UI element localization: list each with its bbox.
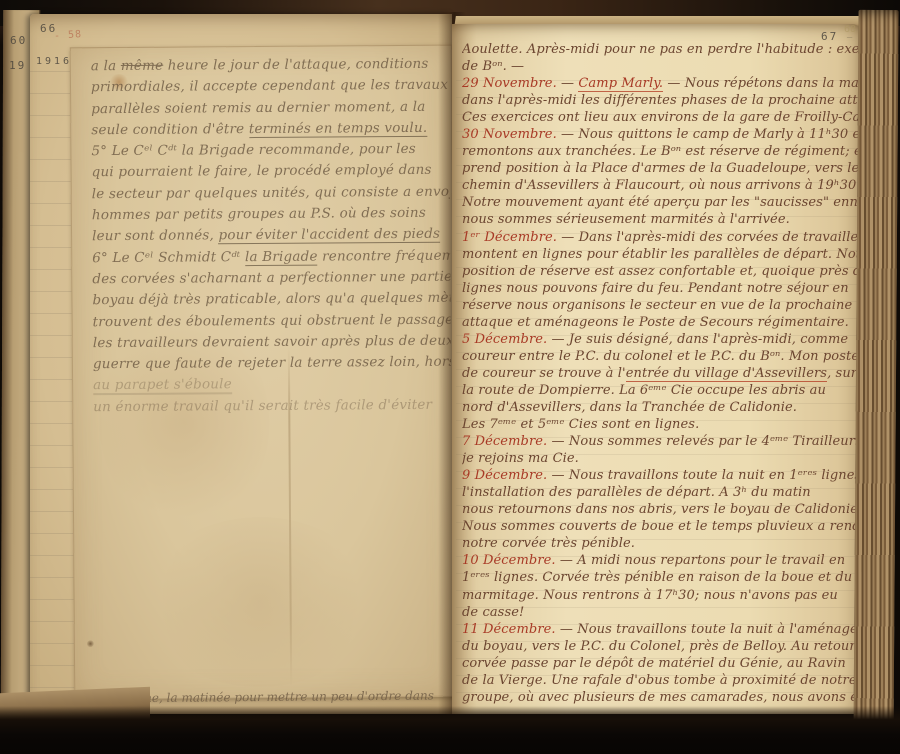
handwriting-line: de casse!	[462, 605, 858, 622]
handwriting-line: nous retournons dans nos abris, vers le …	[462, 502, 858, 519]
right-page-lines: Aoulette. Après-midi pour ne pas en perd…	[462, 42, 858, 707]
handwriting-line: 9 Décembre. — Nous travaillons toute la …	[462, 468, 858, 485]
handwriting-line: coureur entre le P.C. du colonel et le P…	[462, 349, 858, 366]
handwriting-line: 10 Décembre. — A midi nous repartons pou…	[462, 553, 858, 570]
handwriting-line: prend position à la Place d'armes de la …	[462, 161, 858, 178]
handwriting-line: qui pourraient le faire, le procédé empl…	[92, 162, 450, 186]
handwriting-line: montent en lignes pour établir les paral…	[462, 247, 858, 264]
handwriting-line: 5 Décembre. — Je suis désigné, dans l'ap…	[462, 332, 858, 349]
handwriting-line: remontons aux tranchées. Le Bᵒⁿ est rése…	[462, 144, 858, 161]
handwriting-line: 7 Décembre. — Nous sommes relevés par le…	[462, 434, 858, 451]
handwriting-line: leur sont donnés, pour éviter l'accident…	[92, 226, 450, 250]
handwriting-line: le secteur par quelques unités, qui cons…	[92, 183, 450, 207]
paper-stain	[144, 516, 375, 688]
handwriting-line: la route de Dompierre. La 6ᵉᵐᵉ Cie occup…	[462, 383, 858, 400]
handwriting-line: je rejoins ma Cie.	[462, 451, 858, 468]
handwriting-line: parallèles soient remis au dernier momen…	[91, 98, 449, 122]
back-page-year-stamp: 19	[9, 59, 26, 72]
handwriting-line: boyau déjà très praticable, alors qu'a q…	[92, 290, 450, 314]
book-bottom-edge	[0, 706, 900, 754]
handwriting-line: lignes nous pouvons faire du feu. Pendan…	[462, 281, 858, 298]
left-page: 66 - 58 1916 a la même heure le jour de …	[30, 14, 452, 714]
handwriting-line: nord d'Assevillers, dans la Tranchée de …	[462, 400, 858, 417]
handwriting-line: 6° Le Cᵉˡ Schmidt Cᵈᵗ la Brigade rencont…	[92, 247, 450, 271]
handwriting-line: au parapet s'éboule	[93, 375, 451, 399]
page-edge-stack	[853, 10, 898, 742]
handwriting-line: groupe, où avec plusieurs de mes camarad…	[462, 690, 858, 707]
handwriting-line: un énorme travail qu'il serait très faci…	[93, 396, 451, 420]
glued-note-paper: a la même heure le jour de l'attaque, co…	[70, 45, 457, 700]
handwriting-line: dans l'après-midi les différentes phases…	[462, 93, 858, 110]
handwriting-line: 5° Le Cᵉˡ Cᵈᵗ la Brigade recommande, pou…	[91, 141, 449, 165]
handwriting-line: les travailleurs devraient savoir après …	[93, 333, 451, 357]
left-note-lines: a la même heure le jour de l'attaque, co…	[91, 56, 452, 421]
handwriting-line: de Bᵒⁿ. —	[462, 59, 858, 76]
handwriting-line: nous sommes sérieusement marmités à l'ar…	[462, 212, 858, 229]
handwriting-line: hommes par petits groupes au P.S. où des…	[92, 205, 450, 229]
handwriting-line: Ces exercices ont lieu aux environs de l…	[462, 110, 858, 127]
handwriting-line: marmitage. Nous rentrons à 17ʰ30; nous n…	[462, 588, 858, 605]
handwriting-line: 1ᵉʳᵉˢ lignes. Corvée très pénible en rai…	[462, 570, 858, 587]
handwriting-line: chemin d'Assevillers à Flaucourt, où nou…	[462, 178, 858, 195]
handwriting-line: Notre mouvement ayant été aperçu par les…	[462, 195, 858, 212]
handwriting-line: primordiales, il accepte cependant que l…	[91, 77, 449, 101]
handwriting-line: trouvent des éboulements qui obstruent l…	[93, 311, 451, 335]
handwriting-line: l'installation des parallèles de départ.…	[462, 485, 858, 502]
handwriting-line: Les 7ᵉᵐᵉ et 5ᵉᵐᵉ Cies sont en lignes.	[462, 417, 858, 434]
handwriting-line: 1ᵉʳ Décembre. — Dans l'après-midi des co…	[462, 230, 858, 247]
handwriting-line: des corvées s'acharnant a perfectionner …	[92, 269, 450, 293]
diary-scan: 60 19 66 - 58 1916 a la même heure le jo…	[0, 0, 900, 754]
handwriting-line: 30 Novembre. — Nous quittons le camp de …	[462, 127, 858, 144]
handwriting-line: position de réserve est assez confortabl…	[462, 264, 858, 281]
handwriting-line: corvée passe par le dépôt de matériel du…	[462, 656, 858, 673]
handwriting-line: a la même heure le jour de l'attaque, co…	[91, 56, 449, 80]
handwriting-line: du boyau, vers le P.C. du Colonel, près …	[462, 639, 858, 656]
handwriting-line: de coureur se trouve à l'entrée du villa…	[462, 366, 858, 383]
handwriting-line: Aoulette. Après-midi pour ne pas en perd…	[462, 42, 858, 59]
handwriting-line: 11 Décembre. — Nous travaillons toute la…	[462, 622, 858, 639]
year-stamp: 1916	[36, 56, 72, 67]
handwriting-line: guerre que faute de rejeter la terre ass…	[93, 354, 451, 378]
paper-stain	[87, 640, 94, 647]
right-page: 68 67 — Aoulette. Après-midi pour ne pas…	[452, 24, 862, 714]
handwriting-line: notre corvée très pénible.	[462, 536, 858, 553]
back-page-number-stamp: 60	[10, 34, 27, 47]
handwriting-line: de la Vierge. Une rafale d'obus tombe à …	[462, 673, 858, 690]
handwriting-line: Nous sommes couverts de boue et le temps…	[462, 519, 858, 536]
handwriting-line: seule condition d'être terminés en temps…	[91, 120, 449, 144]
handwriting-line: attaque et aménageons le Poste de Secour…	[462, 315, 858, 332]
faint-red-number: - 58	[54, 29, 83, 42]
handwriting-line: 29 Novembre. — Camp Marly. — Nous répéto…	[462, 76, 858, 93]
handwriting-line: réserve nous organisons le secteur en vu…	[462, 298, 858, 315]
